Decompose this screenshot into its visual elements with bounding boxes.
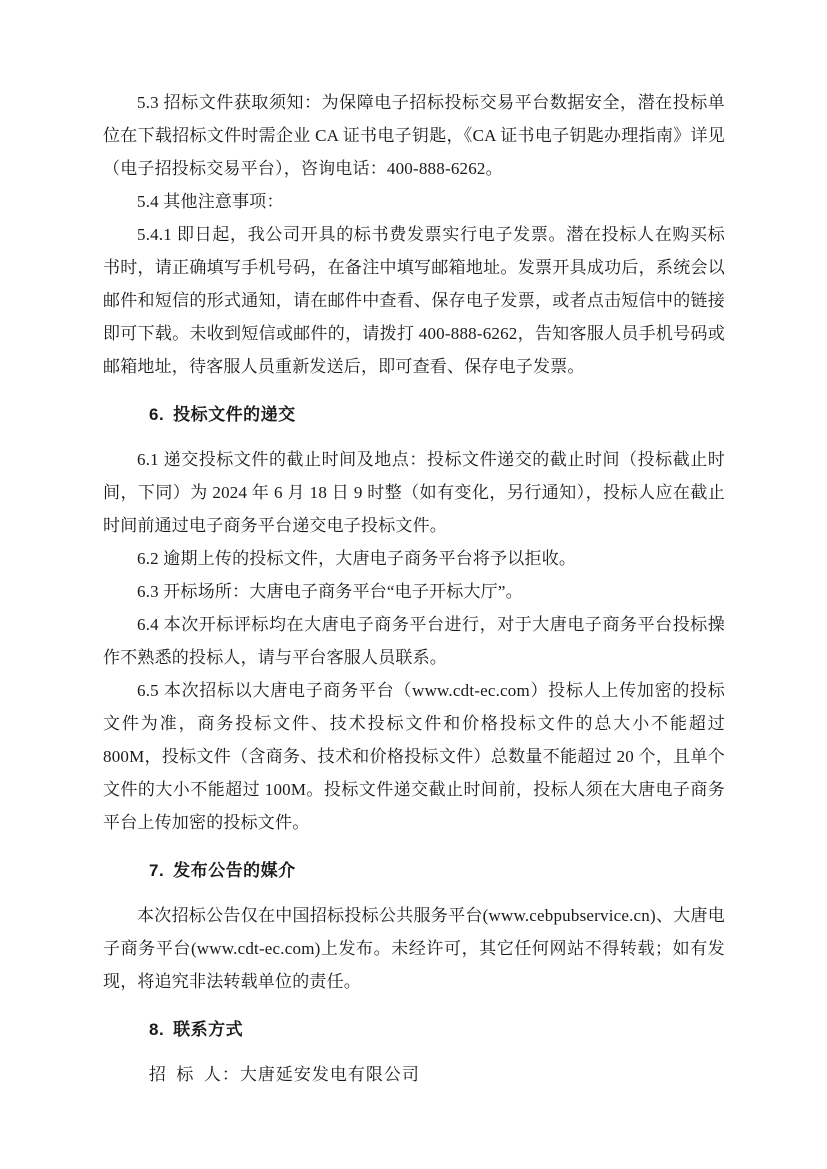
paragraph-5-4: 5.4 其他注意事项：	[103, 185, 725, 218]
paragraph-tenderer: 招 标 人：大唐延安发电有限公司	[103, 1058, 725, 1091]
paragraph-6-3: 6.3 开标场所：大唐电子商务平台“电子开标大厅”。	[103, 575, 725, 608]
section-heading-8-contact-info: 8. 联系方式	[103, 1013, 725, 1046]
document-content: 5.3 招标文件获取须知：为保障电子招标投标交易平台数据安全，潜在投标单位在下载…	[103, 86, 725, 1091]
paragraph-5-4-1: 5.4.1 即日起，我公司开具的标书费发票实行电子发票。潜在投标人在购买标书时，…	[103, 218, 725, 383]
section-heading-6-bid-submission: 6. 投标文件的递交	[103, 398, 725, 431]
document-page: 5.3 招标文件获取须知：为保障电子招标投标交易平台数据安全，潜在投标单位在下载…	[0, 0, 827, 1169]
paragraph-6-5: 6.5 本次招标以大唐电子商务平台（www.cdt-ec.com）投标人上传加密…	[103, 674, 725, 839]
paragraph-6-2: 6.2 逾期上传的投标文件，大唐电子商务平台将予以拒收。	[103, 542, 725, 575]
paragraph-announcement-media: 本次招标公告仅在中国招标投标公共服务平台(www.cebpubservice.c…	[103, 899, 725, 998]
section-heading-7-announcement-media: 7. 发布公告的媒介	[103, 854, 725, 887]
paragraph-6-4: 6.4 本次开标评标均在大唐电子商务平台进行，对于大唐电子商务平台投标操作不熟悉…	[103, 608, 725, 674]
paragraph-5-3: 5.3 招标文件获取须知：为保障电子招标投标交易平台数据安全，潜在投标单位在下载…	[103, 86, 725, 185]
paragraph-6-1: 6.1 递交投标文件的截止时间及地点：投标文件递交的截止时间（投标截止时间，下同…	[103, 443, 725, 542]
